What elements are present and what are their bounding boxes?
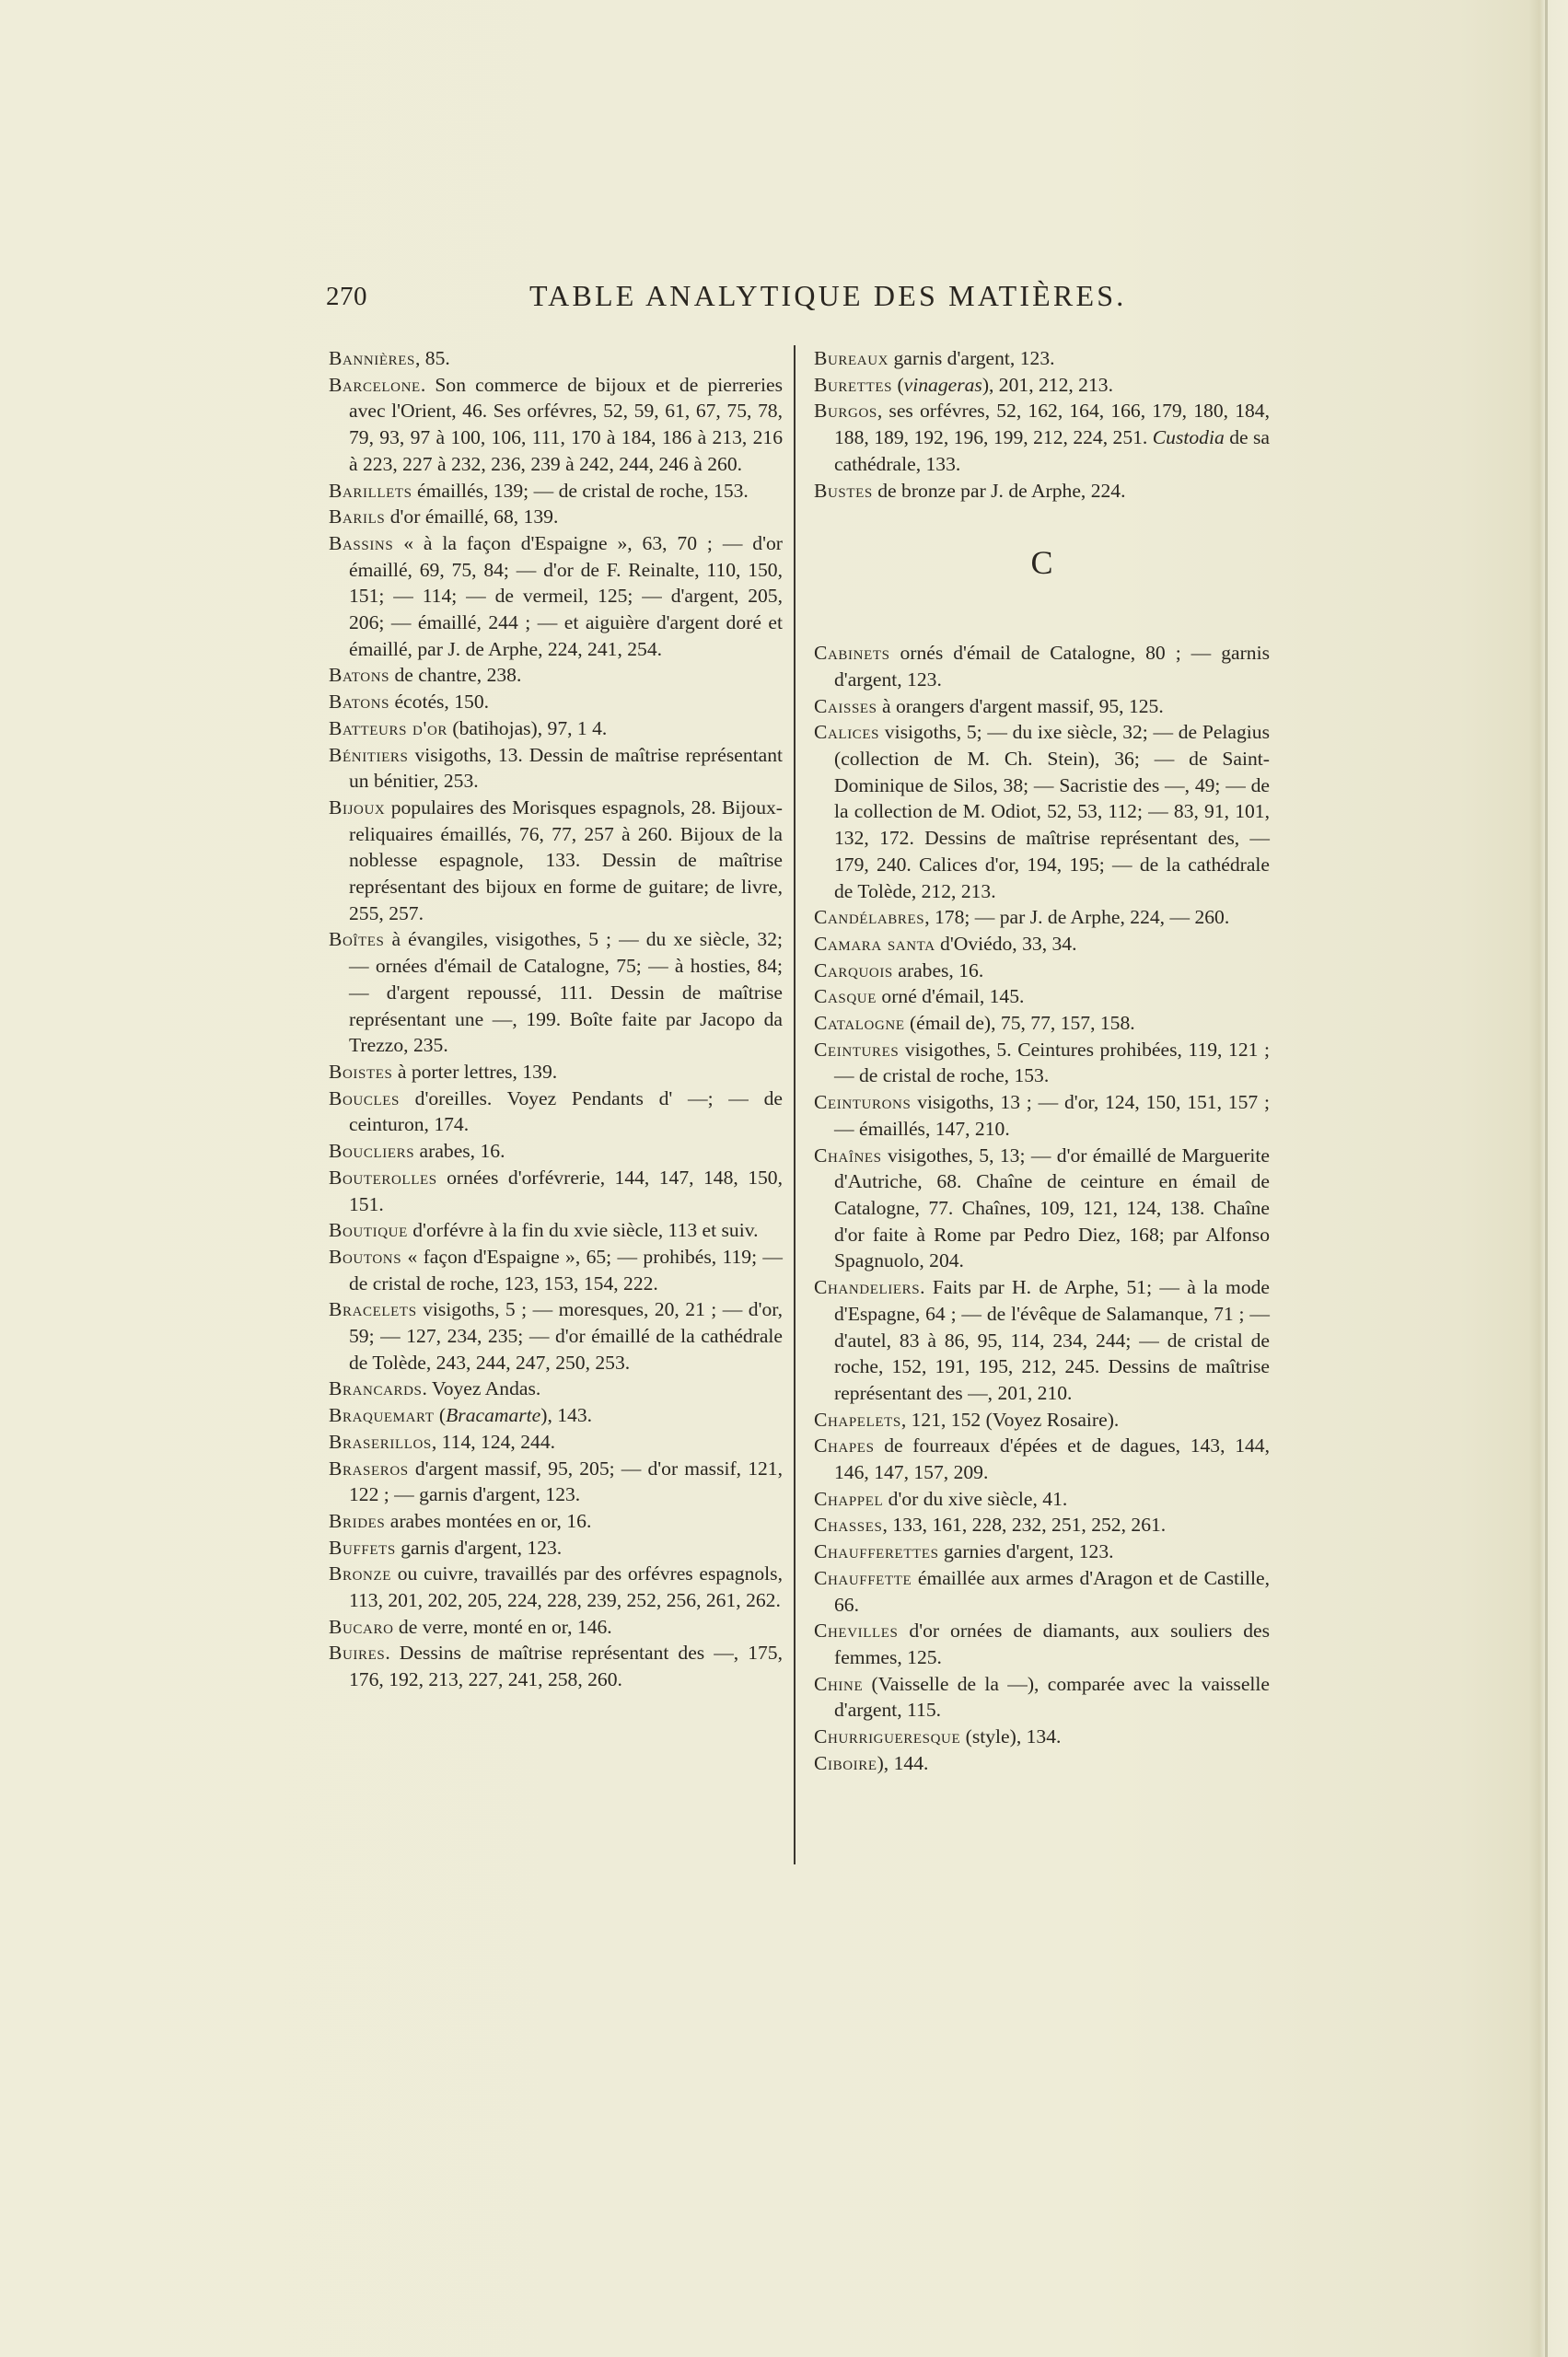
entry-text: ), 201, 212, 213. [982,374,1113,396]
entry-headword: Bassins [329,532,393,554]
entry-headword: Boistes [329,1061,392,1083]
entry-headword: Boîtes [329,928,385,950]
index-entry: Bannières, 85. [329,345,783,372]
running-head: TABLE ANALYTIQUE DES MATIÈRES. [529,279,1126,313]
entry-text: visigothes, 5, 13; — d'or émaillé de Mar… [834,1144,1270,1272]
index-entry: Ceinturons visigoths, 13 ; — d'or, 124, … [814,1089,1270,1142]
entry-headword: Carquois [814,959,893,981]
entry-headword: Catalogne [814,1012,905,1034]
entry-headword: Bureaux [814,347,889,369]
entry-headword: Chandeliers [814,1276,920,1298]
entry-text: ornés d'émail de Catalogne, 80 ; — garni… [834,642,1270,691]
entry-text: ( [892,374,904,396]
entry-headword: Chappel [814,1488,883,1510]
entry-text: de chantre, 238. [389,664,521,686]
entry-text: , 121, 152 (Voyez Rosaire). [901,1409,1120,1431]
index-entry: Casque orné d'émail, 145. [814,983,1270,1010]
entry-headword: Chasses [814,1514,882,1536]
entry-italic-term: Custodia [1153,426,1225,448]
entry-headword: Barillets [329,480,412,502]
page-background [0,0,1568,2357]
entry-text: à orangers d'argent massif, 95, 125. [877,695,1164,717]
entry-text: , 178; — par J. de Arphe, 224, — 260. [924,906,1229,928]
index-entry: Barils d'or émaillé, 68, 139. [329,504,783,530]
index-entry: Bassins « à la façon d'Espaigne », 63, 7… [329,530,783,663]
entry-headword: Cabinets [814,642,890,664]
entry-headword: Buffets [329,1537,396,1559]
entry-text: . Voyez Andas. [423,1377,541,1399]
entry-text: (Vaisselle de la —), comparée avec la va… [834,1673,1270,1722]
index-entry: Boîtes à évangiles, visigothes, 5 ; — du… [329,926,783,1059]
entry-headword: Braquemart [329,1404,435,1426]
entry-text: à porter lettres, 139. [392,1061,557,1083]
index-entry: Carquois arabes, 16. [814,958,1270,984]
entry-text: ), 143. [540,1404,592,1426]
index-column-left: Bannières, 85. Barcelone. Son commerce d… [329,345,783,1693]
entry-headword: Chaufferettes [814,1540,939,1562]
index-entry: Ciboire), 144. [814,1750,1270,1777]
index-entry: Bénitiers visigoths, 13. Dessin de maîtr… [329,742,783,795]
entry-text: à évangiles, visigothes, 5 ; — du xe siè… [349,928,783,1056]
index-entry: Chine (Vaisselle de la —), comparée avec… [814,1671,1270,1724]
index-entry: Bijoux populaires des Morisques espagnol… [329,795,783,927]
entry-headword: Barils [329,505,385,528]
index-entry: Boutons « façon d'Espaigne », 65; — proh… [329,1244,783,1296]
entry-text: de verre, monté en or, 146. [394,1616,612,1638]
entry-headword: Chapelets [814,1409,901,1431]
entry-text: populaires des Morisques espagnols, 28. … [349,796,783,924]
index-entry: Calices visigoths, 5; — du ixe siècle, 3… [814,719,1270,904]
index-entry: Batons écotés, 150. [329,689,783,715]
index-entry: Cabinets ornés d'émail de Catalogne, 80 … [814,640,1270,692]
entry-text: de bronze par J. de Arphe, 224. [873,480,1126,502]
index-entry: Buffets garnis d'argent, 123. [329,1535,783,1562]
entry-headword: Boutique [329,1219,408,1241]
book-edge-shadow [1545,0,1548,2357]
entry-headword: Batteurs d'or [329,717,447,739]
entry-headword: Ceinturons [814,1091,911,1113]
index-entry: Boutique d'orfévre à la fin du xvie sièc… [329,1217,783,1244]
entry-headword: Burgos [814,400,877,422]
entry-text: visigoths, 13. Dessin de maîtrise représ… [349,744,783,793]
index-entry: Catalogne (émail de), 75, 77, 157, 158. [814,1010,1270,1037]
index-entry: Chauffette émaillée aux armes d'Aragon e… [814,1565,1270,1618]
entry-text: visigothes, 5. Ceintures prohibées, 119,… [834,1039,1270,1087]
index-column-right: Bureaux garnis d'argent, 123. Burettes (… [814,345,1270,1776]
entry-headword: Ciboire [814,1752,877,1774]
entry-headword: Casque [814,985,877,1007]
index-entry: Chevilles d'or ornées de diamants, aux s… [814,1618,1270,1670]
entry-headword: Bronze [329,1562,391,1585]
entry-text: orné d'émail, 145. [877,985,1024,1007]
index-entry: Bustes de bronze par J. de Arphe, 224. [814,478,1270,505]
index-entry: Chaînes visigothes, 5, 13; — d'or émaill… [814,1143,1270,1275]
entry-headword: Bucaro [329,1616,394,1638]
section-letter-heading: C [814,544,1270,581]
entry-headword: Caisses [814,695,877,717]
index-entry: Chaufferettes garnies d'argent, 123. [814,1538,1270,1565]
index-entry: Chappel d'or du xive siècle, 41. [814,1486,1270,1513]
entry-text: (style), 134. [960,1725,1061,1747]
index-entry: Batons de chantre, 238. [329,662,783,689]
entry-text: visigoths, 5; — du ixe siècle, 32; — de … [834,721,1270,901]
index-entry: Bureaux garnis d'argent, 123. [814,345,1270,372]
index-entry: Camara santa d'Oviédo, 33, 34. [814,931,1270,958]
entry-headword: Bustes [814,480,873,502]
entry-text: d'oreilles. Voyez Pendants d' —; — de ce… [349,1087,783,1136]
entry-headword: Bannières [329,347,415,369]
entry-headword: Burettes [814,374,892,396]
index-entry: Burettes (vinageras), 201, 212, 213. [814,372,1270,399]
entry-headword: Brancards [329,1377,423,1399]
index-entry: Chasses, 133, 161, 228, 232, 251, 252, 2… [814,1512,1270,1538]
entry-text: garnies d'argent, 123. [939,1540,1114,1562]
index-entry: Brides arabes montées en or, 16. [329,1508,783,1535]
index-entry: Burgos, ses orfévres, 52, 162, 164, 166,… [814,398,1270,477]
entry-text: ou cuivre, travaillés par des orfévres e… [349,1562,783,1611]
entry-text: d'argent massif, 95, 205; — d'or massif,… [349,1457,783,1506]
index-entry: Bronze ou cuivre, travaillés par des orf… [329,1561,783,1613]
entry-text: garnis d'argent, 123. [889,347,1054,369]
column-divider [794,345,796,1864]
index-entry: Chapelets, 121, 152 (Voyez Rosaire). [814,1407,1270,1434]
entry-text: garnis d'argent, 123. [396,1537,562,1559]
entry-headword: Barcelone [329,374,421,396]
entry-headword: Bracelets [329,1298,417,1320]
index-entry: Bucaro de verre, monté en or, 146. [329,1614,783,1641]
entry-text: d'orfévre à la fin du xvie siècle, 113 e… [408,1219,759,1241]
entry-headword: Churrigueresque [814,1725,960,1747]
entry-text: « façon d'Espaigne », 65; — prohibés, 11… [349,1246,783,1295]
entry-text: de fourreaux d'épées et de dagues, 143, … [834,1434,1270,1483]
entry-headword: Brides [329,1510,385,1532]
entry-text: ( [435,1404,447,1426]
entry-headword: Buires [329,1642,385,1664]
entry-text: , 85. [415,347,450,369]
index-entry: Chandeliers. Faits par H. de Arphe, 51; … [814,1274,1270,1407]
index-entry: Chapes de fourreaux d'épées et de dagues… [814,1433,1270,1485]
entry-headword: Chapes [814,1434,875,1457]
entry-text: « à la façon d'Espaigne », 63, 70 ; — d'… [349,532,783,660]
index-entry: Batteurs d'or (batihojas), 97, 1 4. [329,715,783,742]
index-entry: Bouterolles ornées d'orfévrerie, 144, 14… [329,1165,783,1217]
entry-headword: Batons [329,664,389,686]
entry-text: ), 144. [877,1752,929,1774]
index-entry: Barillets émaillés, 139; — de cristal de… [329,478,783,505]
index-entry: Candélabres, 178; — par J. de Arphe, 224… [814,904,1270,931]
entry-text: . Dessins de maîtrise représentant des —… [349,1642,783,1690]
index-entry: Buires. Dessins de maîtrise représentant… [329,1640,783,1692]
entry-headword: Boucles [329,1087,400,1109]
entry-headword: Ceintures [814,1039,899,1061]
entry-headword: Bijoux [329,796,385,819]
entry-text: d'or ornées de diamants, aux souliers de… [834,1620,1270,1668]
entry-text: arabes montées en or, 16. [385,1510,591,1532]
entry-headword: Bénitiers [329,744,408,766]
index-entry: Ceintures visigothes, 5. Ceintures prohi… [814,1037,1270,1089]
entry-headword: Braserillos [329,1431,432,1453]
entry-text: d'or du xive siècle, 41. [883,1488,1067,1510]
entry-italic-term: Bracamarte [446,1404,540,1426]
entry-headword: Bouterolles [329,1167,437,1189]
entry-text: arabes, 16. [893,959,983,981]
entry-text: émaillés, 139; — de cristal de roche, 15… [412,480,749,502]
entry-text: écotés, 150. [389,691,489,713]
index-entry: Boucliers arabes, 16. [329,1138,783,1165]
entry-text: (batihojas), 97, 1 4. [447,717,607,739]
entry-text: d'Oviédo, 33, 34. [935,933,1077,955]
entry-headword: Calices [814,721,879,743]
entry-headword: Candélabres [814,906,924,928]
entry-text: , 114, 124, 244. [432,1431,555,1453]
index-entry: Churrigueresque (style), 134. [814,1724,1270,1750]
entry-italic-term: vinageras [904,374,982,396]
index-entry: Caisses à orangers d'argent massif, 95, … [814,693,1270,720]
entry-headword: Boucliers [329,1140,414,1162]
index-entry: Braserillos, 114, 124, 244. [329,1429,783,1456]
index-entry: Braseros d'argent massif, 95, 205; — d'o… [329,1456,783,1508]
index-entry: Bracelets visigoths, 5 ; — moresques, 20… [329,1296,783,1376]
entry-headword: Braseros [329,1457,409,1480]
index-entry: Boucles d'oreilles. Voyez Pendants d' —;… [329,1086,783,1138]
entry-text: , 133, 161, 228, 232, 251, 252, 261. [882,1514,1166,1536]
entry-headword: Batons [329,691,389,713]
entry-headword: Chauffette [814,1567,912,1589]
entry-headword: Chine [814,1673,863,1695]
entry-headword: Camara santa [814,933,935,955]
page-number: 270 [326,282,367,312]
entry-text: (émail de), 75, 77, 157, 158. [905,1012,1135,1034]
entry-headword: Chaînes [814,1144,882,1167]
index-entry: Barcelone. Son commerce de bijoux et de … [329,372,783,478]
entry-headword: Chevilles [814,1620,898,1642]
index-entry: Braquemart (Bracamarte), 143. [329,1402,783,1429]
entry-text: d'or émaillé, 68, 139. [385,505,558,528]
index-entry: Brancards. Voyez Andas. [329,1376,783,1402]
entry-text: arabes, 16. [414,1140,505,1162]
index-entry: Boistes à porter lettres, 139. [329,1059,783,1086]
entry-headword: Boutons [329,1246,401,1268]
